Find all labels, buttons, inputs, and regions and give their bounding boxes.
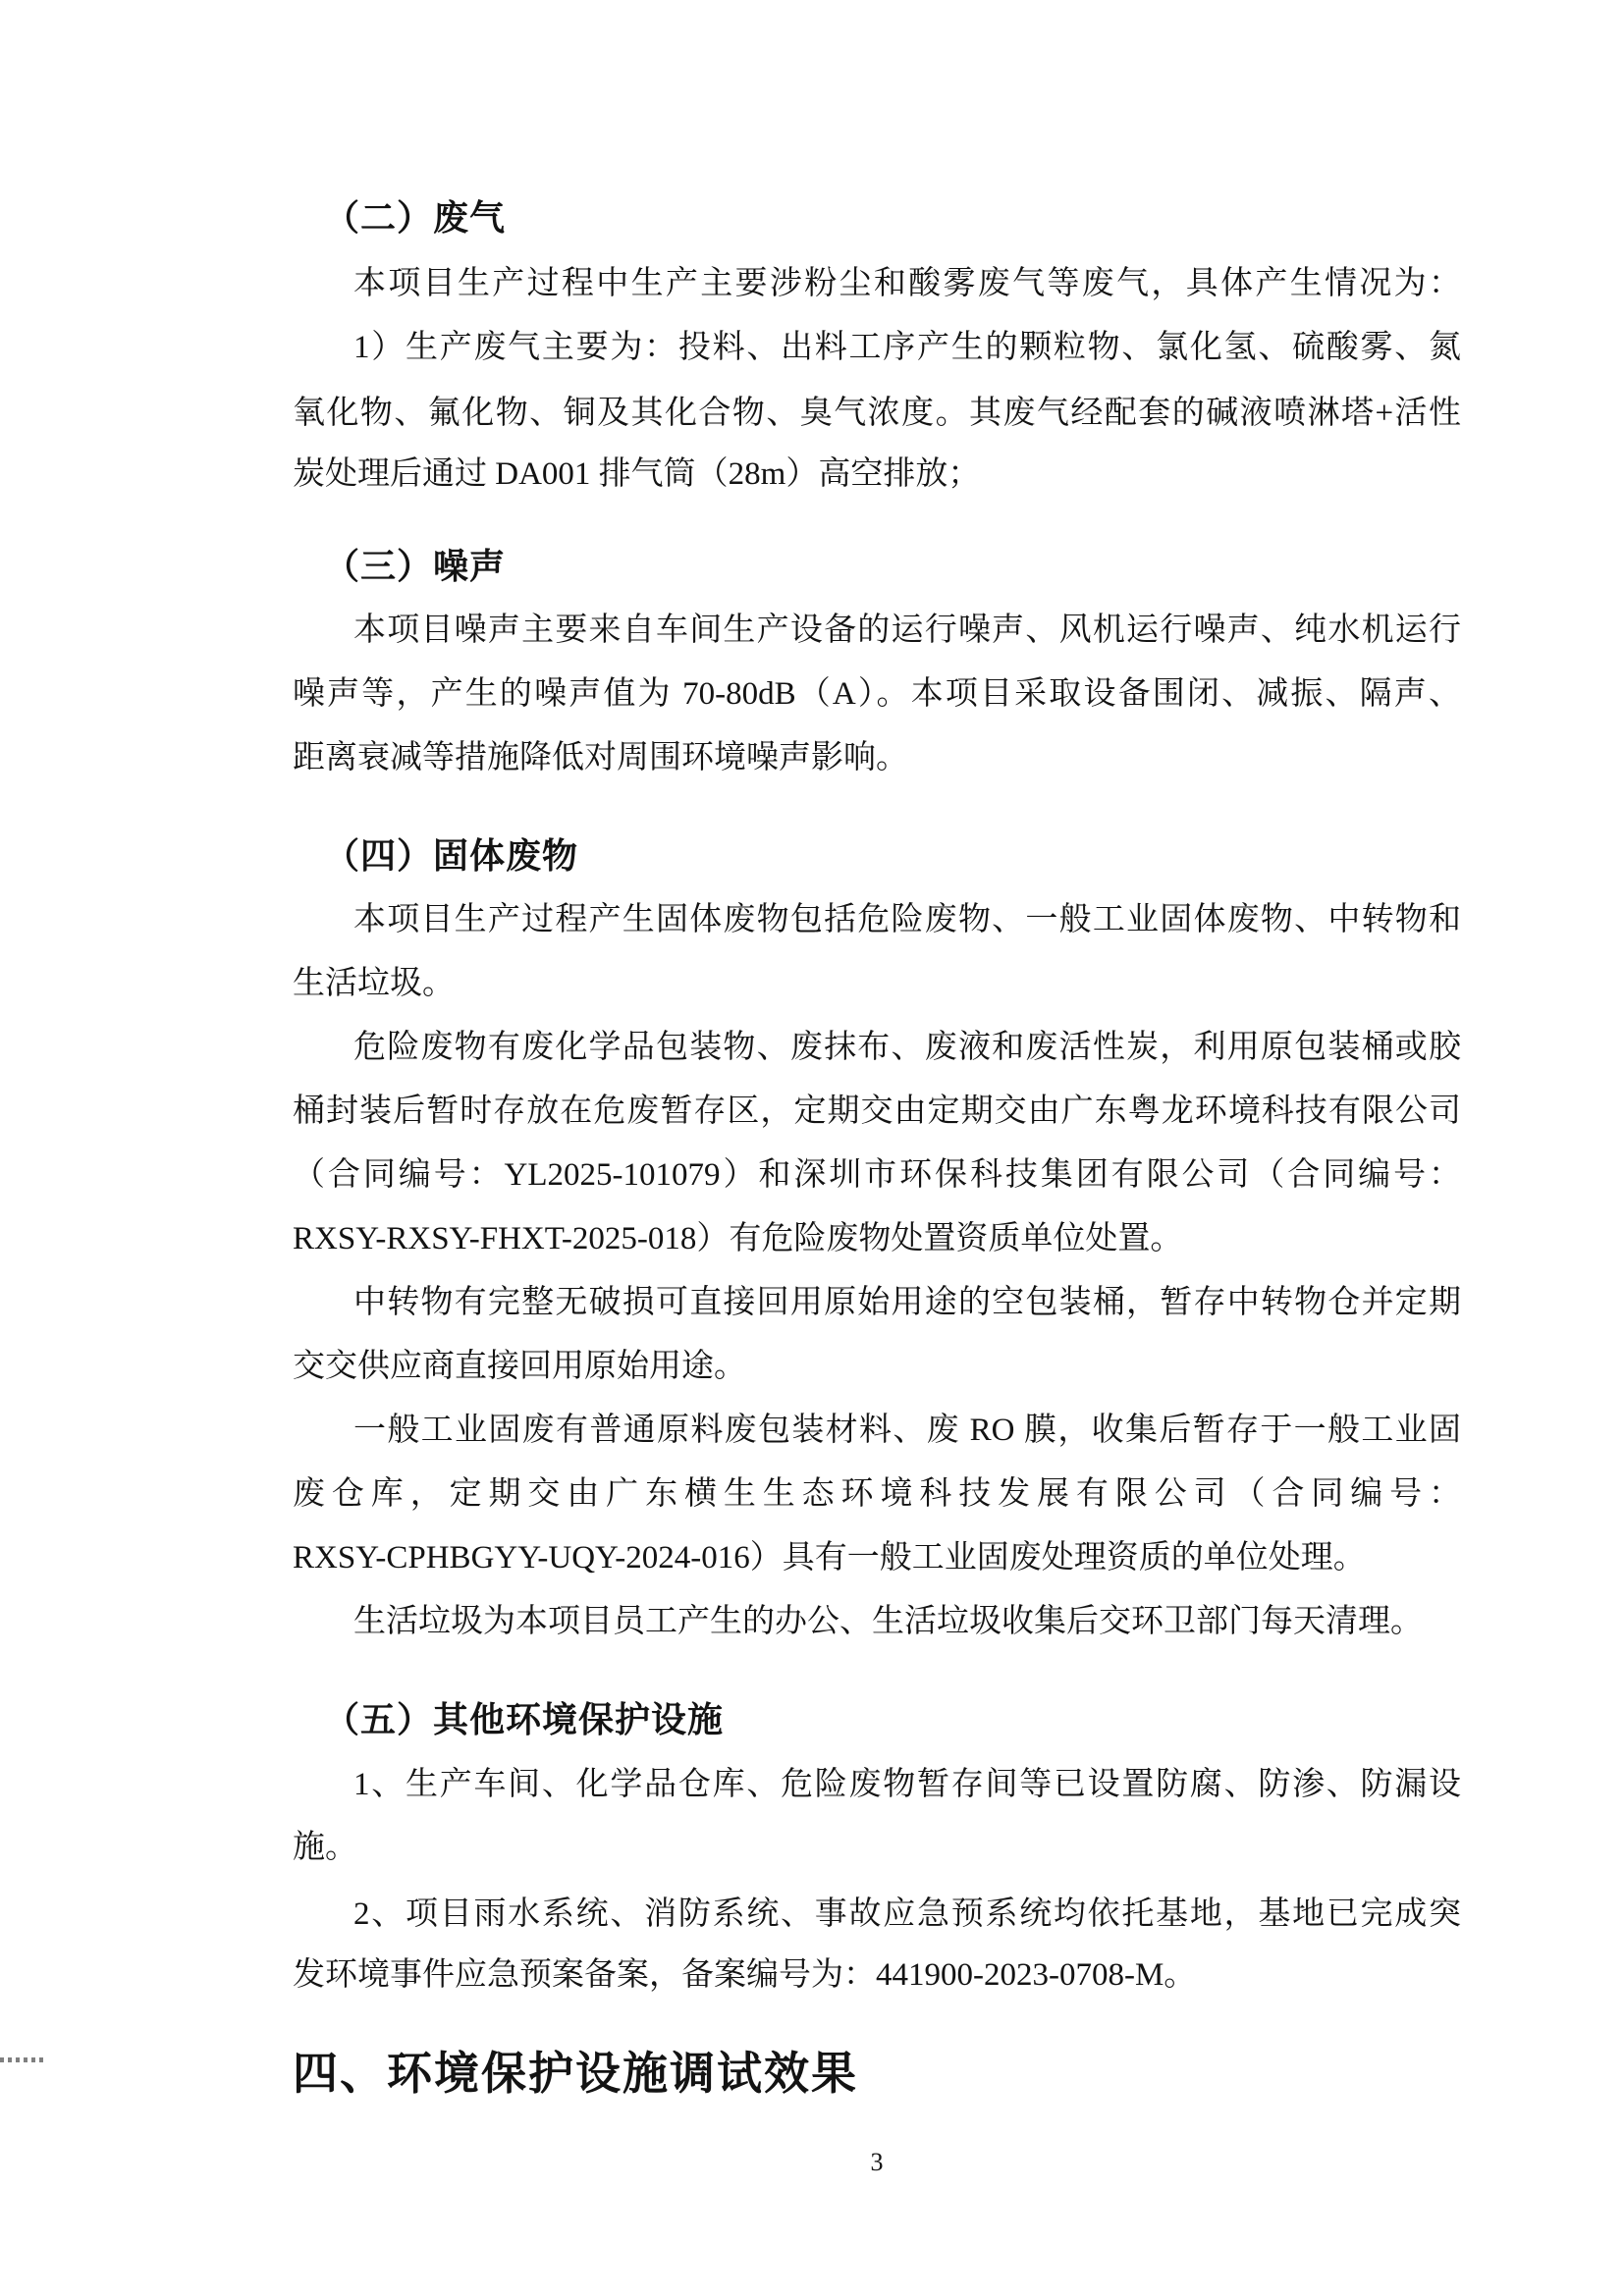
- text-line: 氧化物、氟化物、铜及其化合物、臭气浓度。其废气经配套的碱液喷淋塔+活性: [293, 390, 1461, 437]
- text-line: 生活垃圾为本项目员工产生的办公、生活垃圾收集后交环卫部门每天清理。: [293, 1598, 1461, 1645]
- text-line: 生活垃圾。: [293, 960, 1461, 1007]
- text-line: 本项目生产过程产生固体废物包括危险废物、一般工业固体废物、中转物和: [293, 896, 1461, 943]
- text-line: 交交供应商直接回用原始用途。: [293, 1343, 1461, 1390]
- text-line: 桶封装后暂时存放在危废暂存区，定期交由定期交由广东粤龙环境科技有限公司: [293, 1088, 1461, 1135]
- text-line: 2、项目雨水系统、消防系统、事故应急预系统均依托基地，基地已完成突: [293, 1891, 1461, 1938]
- text-line: 发环境事件应急预案备案，备案编号为：441900-2023-0708-M。: [293, 1951, 1461, 1999]
- text-line: （合同编号：YL2025-101079）和深圳市环保科技集团有限公司（合同编号：: [293, 1151, 1461, 1199]
- text-line: RXSY-RXSY-FHXT-2025-018）有危险废物处置资质单位处置。: [293, 1215, 1461, 1262]
- text-line: 1）生产废气主要为：投料、出料工序产生的颗粒物、氯化氢、硫酸雾、氮: [293, 324, 1461, 371]
- page-number: 3: [293, 2146, 1461, 2179]
- text-line: 废仓库，定期交由广东横生生态环境科技发展有限公司（合同编号：: [293, 1470, 1461, 1518]
- text-line: RXSY-CPHBGYY-UQY-2024-016）具有一般工业固废处理资质的单…: [293, 1534, 1461, 1581]
- text-line: 一般工业固废有普通原料废包装材料、废 RO 膜，收集后暂存于一般工业固: [293, 1407, 1461, 1454]
- text-line: 本项目噪声主要来自车间生产设备的运行噪声、风机运行噪声、纯水机运行: [293, 607, 1461, 654]
- text-line: 炭处理后通过 DA001 排气筒（28m）高空排放；: [293, 451, 1461, 498]
- text-line: 危险废物有废化学品包装物、废抹布、废液和废活性炭，利用原包装桶或胶: [293, 1024, 1461, 1071]
- text-line: 本项目生产过程中生产主要涉粉尘和酸雾废气等废气，具体产生情况为：: [293, 260, 1461, 307]
- document-page: （二）废气 本项目生产过程中生产主要涉粉尘和酸雾废气等废气，具体产生情况为： 1…: [0, 0, 1624, 2296]
- text-line: 噪声等，产生的噪声值为 70-80dB（A）。本项目采取设备围闭、减振、隔声、: [293, 670, 1461, 718]
- section-heading-waste-gas: （二）废气: [324, 194, 1492, 241]
- scan-artifact: [0, 2057, 43, 2062]
- section-heading-solid-waste: （四）固体废物: [324, 832, 1492, 880]
- section-heading-noise: （三）噪声: [324, 543, 1492, 590]
- section-heading-other-facilities: （五）其他环境保护设施: [324, 1696, 1492, 1743]
- text-line: 中转物有完整无破损可直接回用原始用途的空包装桶，暂存中转物仓并定期: [293, 1279, 1461, 1326]
- text-line: 距离衰减等措施降低对周围环境噪声影响。: [293, 734, 1461, 781]
- text-line: 1、生产车间、化学品仓库、危险废物暂存间等已设置防腐、防渗、防漏设: [293, 1761, 1461, 1808]
- chapter-heading: 四、环境保护设施调试效果: [293, 2045, 858, 2104]
- text-line: 施。: [293, 1824, 1461, 1871]
